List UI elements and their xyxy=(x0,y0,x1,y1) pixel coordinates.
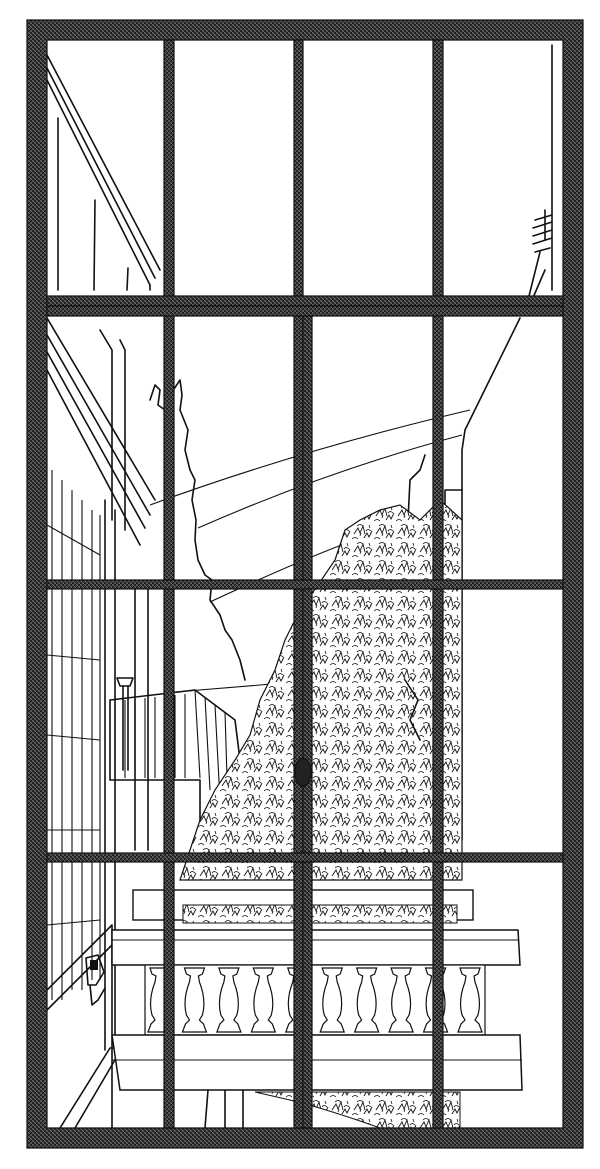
left-building xyxy=(47,55,160,1128)
window-latch[interactable] xyxy=(295,758,311,786)
left-building-windows xyxy=(47,470,100,1000)
ivy-tree xyxy=(180,500,462,880)
transom-2 xyxy=(47,580,563,589)
wall-lantern-icon xyxy=(86,955,105,1005)
mullion-center-right xyxy=(303,300,312,1128)
chimney xyxy=(528,45,552,300)
transom-3 xyxy=(47,853,563,862)
window-frame xyxy=(27,20,583,1148)
transom-1b xyxy=(47,306,563,316)
window-illustration xyxy=(0,0,600,1169)
transom-1a xyxy=(47,296,563,306)
